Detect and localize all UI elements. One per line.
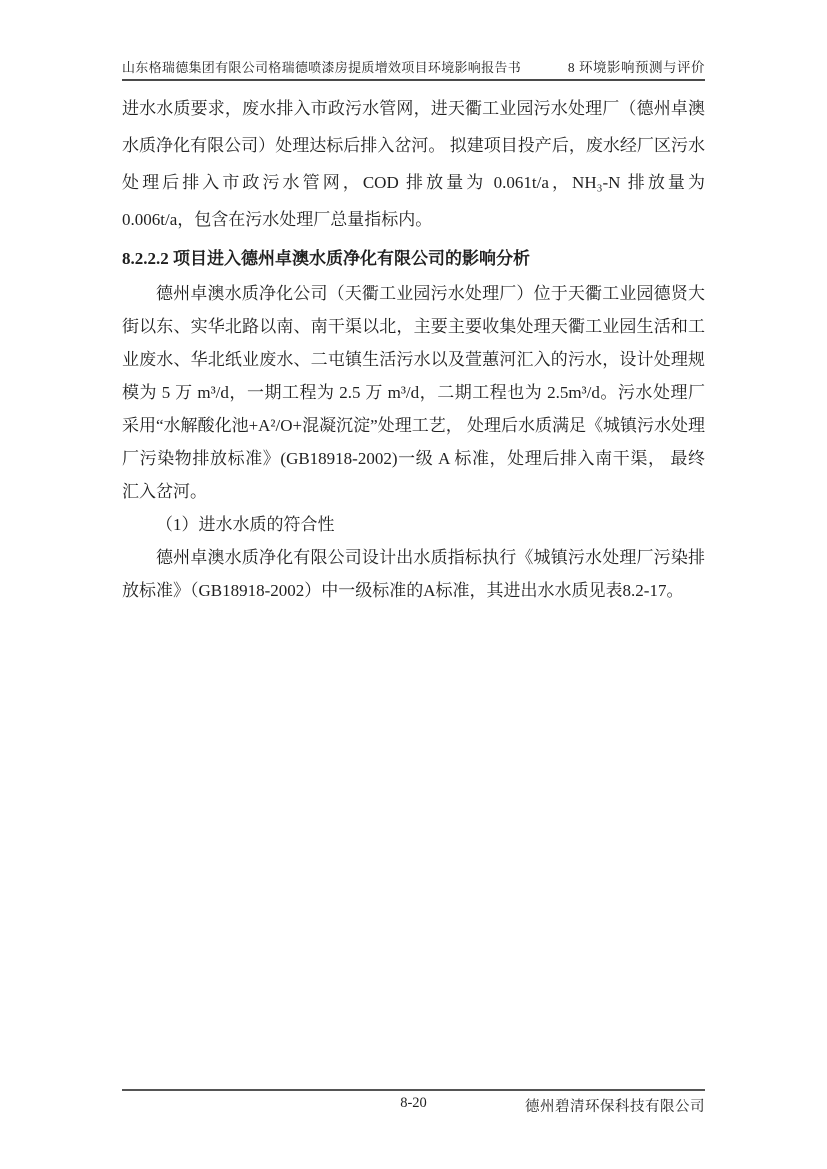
page-footer: 8-20 德州碧清环保科技有限公司 xyxy=(122,1089,705,1117)
paragraph-treatment-plant-intro: 德州卓澳水质净化公司（天衢工业园污水处理厂）位于天衢工业园德贤大街以东、实华北路… xyxy=(122,277,705,508)
document-page: 山东格瑞德集团有限公司格瑞德喷漆房提质增效项目环境影响报告书 8 环境影响预测与… xyxy=(0,0,827,1169)
document-body: 进水水质要求，废水排入市政污水管网，进天衢工业园污水处理厂（德州卓澳水质净化有限… xyxy=(122,90,705,607)
footer-company-name: 德州碧清环保科技有限公司 xyxy=(525,1095,705,1116)
paragraph-wastewater-continuation: 进水水质要求，废水排入市政污水管网，进天衢工业园污水处理厂（德州卓澳水质净化有限… xyxy=(122,90,705,238)
header-report-title: 山东格瑞德集团有限公司格瑞德喷漆房提质增效项目环境影响报告书 xyxy=(122,57,521,76)
paragraph-inlet-water-quality: 德州卓澳水质净化有限公司设计出水质指标执行《城镇污水处理厂污染排放标准》（GB1… xyxy=(122,541,705,607)
header-chapter-title: 8 环境影响预测与评价 xyxy=(568,56,705,76)
list-item-inlet-water-compliance: （1）进水水质的符合性 xyxy=(122,508,705,541)
page-header: 山东格瑞德集团有限公司格瑞德喷漆房提质增效项目环境影响报告书 8 环境影响预测与… xyxy=(122,56,705,81)
section-heading-8222: 8.2.2.2 项目进入德州卓澳水质净化有限公司的影响分析 xyxy=(122,241,705,277)
